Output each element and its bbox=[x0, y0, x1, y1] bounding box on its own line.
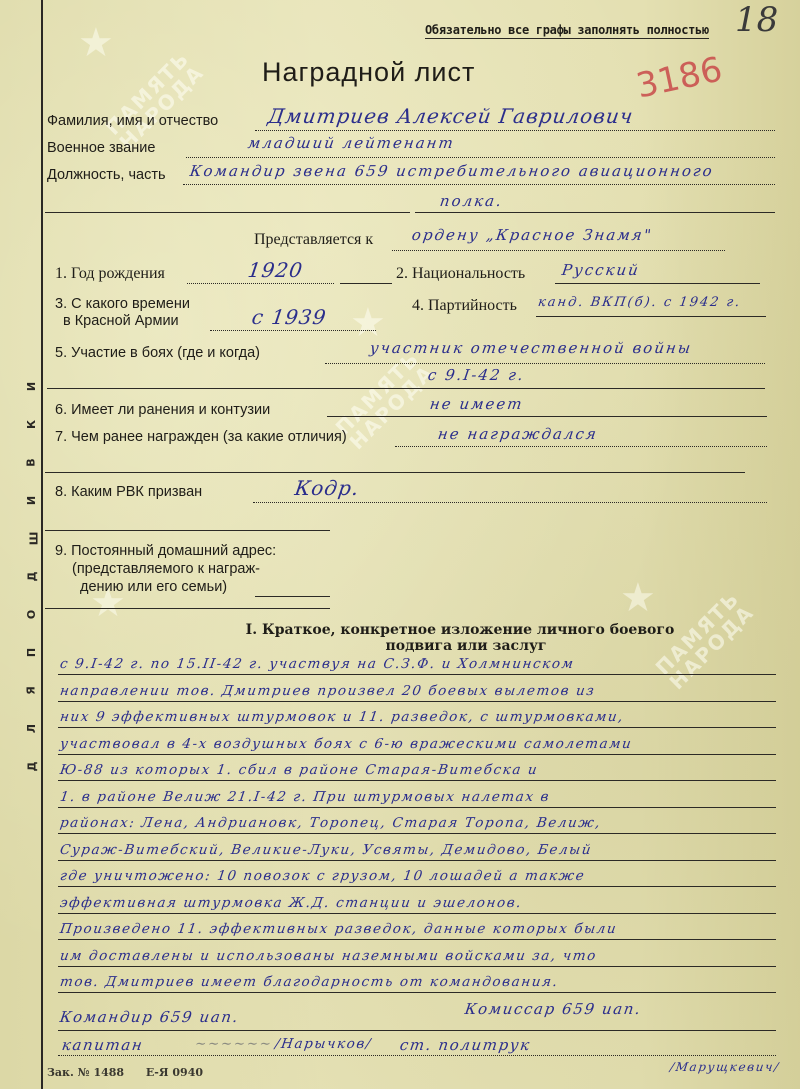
mandatory-notice: Обязательно все графы заполнять полность… bbox=[425, 23, 709, 39]
position-line bbox=[183, 184, 775, 185]
narrative-line: Произведено 11. эффективных разведок, да… bbox=[59, 921, 618, 937]
margin-letter: Л bbox=[25, 724, 38, 733]
address-line2 bbox=[45, 608, 330, 609]
wounds-value: не имеет bbox=[429, 395, 525, 413]
narrative-rule bbox=[58, 939, 776, 940]
party-value: канд. ВКП(б). с 1942 г. bbox=[537, 295, 742, 310]
watermark-star-icon: ★ bbox=[620, 575, 656, 621]
combat-value-line1: участник отечественной войны bbox=[369, 339, 694, 357]
margin-letter: В bbox=[25, 458, 38, 466]
rvk-value: Кодр. bbox=[293, 476, 361, 500]
position-label: Должность, часть bbox=[47, 167, 166, 183]
section-title: I. Краткое, конкретное изложение личного… bbox=[0, 622, 800, 654]
nominated-value: ордену „Красное Знамя" bbox=[411, 226, 654, 244]
margin-letter: Д bbox=[25, 762, 38, 772]
army-since-line bbox=[210, 330, 376, 331]
wounds-label: 6. Имеет ли ранения и контузии bbox=[55, 402, 270, 418]
army-since-value: с 1939 bbox=[250, 305, 328, 329]
narrative-rule bbox=[58, 966, 776, 967]
rvk-line bbox=[253, 502, 767, 503]
address-label-line1: 9. Постоянный домашний адрес: bbox=[55, 543, 276, 559]
narrative-rule bbox=[58, 807, 776, 808]
margin-letter: Я bbox=[25, 686, 38, 694]
narrative-line: эффективная штурмовка Ж.Д. станции и эше… bbox=[59, 895, 523, 911]
birth-year-value: 1920 bbox=[246, 258, 304, 282]
full-name-line bbox=[255, 130, 775, 131]
narrative-rule bbox=[58, 833, 776, 834]
narrative-rule bbox=[58, 886, 776, 887]
prior-awards-line bbox=[395, 446, 767, 447]
narrative-line: них 9 эффективных штурмовок и 11. развед… bbox=[59, 709, 625, 725]
margin-letter: Ш bbox=[27, 532, 40, 546]
commander-rank: капитан bbox=[61, 1036, 145, 1054]
narrative-line: Ю-88 из которых 1. сбил в районе Старая-… bbox=[59, 762, 539, 778]
nationality-line bbox=[555, 283, 760, 284]
address-line bbox=[255, 596, 330, 597]
narrative-rule bbox=[58, 913, 776, 914]
narrative-line: им доставлены и использованы наземными в… bbox=[59, 948, 598, 964]
margin-letter: Д bbox=[25, 572, 38, 582]
narrative-rule bbox=[58, 727, 776, 728]
narrative-line: направлении тов. Дмитриев произвел 20 бо… bbox=[59, 683, 597, 699]
rank-line bbox=[186, 157, 775, 158]
prior-awards-value: не награждался bbox=[437, 425, 599, 443]
watermark-star-icon: ★ bbox=[78, 20, 114, 66]
position-line2-left bbox=[45, 212, 410, 213]
rvk-label: 8. Каким РВК призван bbox=[55, 484, 202, 500]
position-line2-right bbox=[415, 212, 775, 213]
commissar-title: Комиссар 659 иап. bbox=[464, 1000, 643, 1018]
order-number: Зак. № 1488 bbox=[47, 1066, 124, 1079]
commander-title: Командир 659 иап. bbox=[59, 1008, 241, 1026]
address-label-line3: дению или его семьи) bbox=[80, 579, 227, 595]
narrative-rule bbox=[58, 754, 776, 755]
margin-letter: К bbox=[25, 420, 38, 429]
full-name-label: Фамилия, имя и отчество bbox=[47, 113, 218, 129]
binding-margin-rule bbox=[41, 0, 43, 1089]
archive-stamp-number: 3186 bbox=[633, 49, 726, 106]
party-line bbox=[536, 316, 766, 317]
narrative-line: 1. в районе Велиж 21.I-42 г. При штурмов… bbox=[59, 789, 551, 805]
combat-label: 5. Участие в боях (где и когда) bbox=[55, 345, 260, 361]
commissar-name: /Марущкевич/ bbox=[669, 1060, 781, 1074]
commander-name: /Нарычков/ bbox=[274, 1036, 373, 1052]
nominated-label: Представляется к bbox=[254, 231, 373, 249]
narrative-rule bbox=[58, 860, 776, 861]
position-value-line2: полка. bbox=[439, 192, 504, 210]
narrative-rule bbox=[58, 674, 776, 675]
page-title: Наградной лист bbox=[262, 57, 475, 88]
commissar-rank: ст. политрук bbox=[399, 1036, 532, 1054]
narrative-rule bbox=[58, 780, 776, 781]
combat-value-line2: с 9.I-42 г. bbox=[427, 366, 526, 384]
rank-label: Военное звание bbox=[47, 140, 155, 156]
position-value-line1: Командир звена 659 истребительного авиац… bbox=[189, 162, 715, 180]
address-label-line2: (представляемого к награж- bbox=[72, 561, 260, 577]
birth-year-line-tail bbox=[340, 283, 392, 284]
combat-line bbox=[325, 363, 765, 364]
margin-letter: И bbox=[25, 496, 38, 505]
nationality-value: Русский bbox=[561, 261, 641, 279]
birth-year-line bbox=[187, 283, 334, 284]
prior-awards-label: 7. Чем ранее награжден (за какие отличия… bbox=[55, 429, 347, 445]
army-since-label-line1: 3. С какого времени bbox=[55, 296, 190, 312]
narrative-line: тов. Дмитриев имеет благодарность от ком… bbox=[59, 974, 560, 990]
commander-signature: ~~~~~~ bbox=[194, 1036, 274, 1052]
wounds-line bbox=[327, 416, 767, 417]
narrative-line: где уничтожено: 10 повозок с грузом, 10 … bbox=[59, 868, 587, 884]
nationality-label: 2. Национальность bbox=[396, 265, 525, 283]
narrative-line: районах: Лена, Андриановк, Торопец, Стар… bbox=[59, 815, 602, 831]
watermark: ПАМЯТЬНАРОДА bbox=[102, 47, 207, 152]
party-label: 4. Партийность bbox=[412, 297, 517, 315]
narrative-line: участвовал в 4-х воздушных боях с 6-ю вр… bbox=[59, 736, 634, 752]
margin-letter: И bbox=[25, 382, 38, 391]
combat-line2 bbox=[47, 388, 765, 389]
nominated-line bbox=[392, 250, 725, 251]
signature-line-2 bbox=[58, 1055, 776, 1056]
army-since-label-line2: в Красной Армии bbox=[63, 313, 179, 329]
rank-value: младший лейтенант bbox=[247, 134, 456, 152]
print-order-footer: Зак. № 1488 Е-Я 0940 bbox=[47, 1066, 203, 1079]
narrative-line: Сураж-Витебский, Великие-Луки, Усвяты, Д… bbox=[59, 842, 593, 858]
full-name-value: Дмитриев Алексей Гаврилович bbox=[266, 104, 635, 128]
rvk-line2 bbox=[45, 530, 330, 531]
margin-letter: О bbox=[25, 610, 38, 619]
narrative-rule bbox=[58, 701, 776, 702]
prior-awards-line2 bbox=[45, 472, 745, 473]
narrative-line: с 9.I-42 г. по 15.II-42 г. участвуя на С… bbox=[59, 656, 576, 672]
signature-line bbox=[58, 1030, 776, 1031]
form-code: Е-Я 0940 bbox=[146, 1066, 203, 1079]
folio-number: 18 bbox=[735, 0, 778, 40]
birth-year-label: 1. Год рождения bbox=[55, 265, 165, 283]
narrative-rule bbox=[58, 992, 776, 993]
